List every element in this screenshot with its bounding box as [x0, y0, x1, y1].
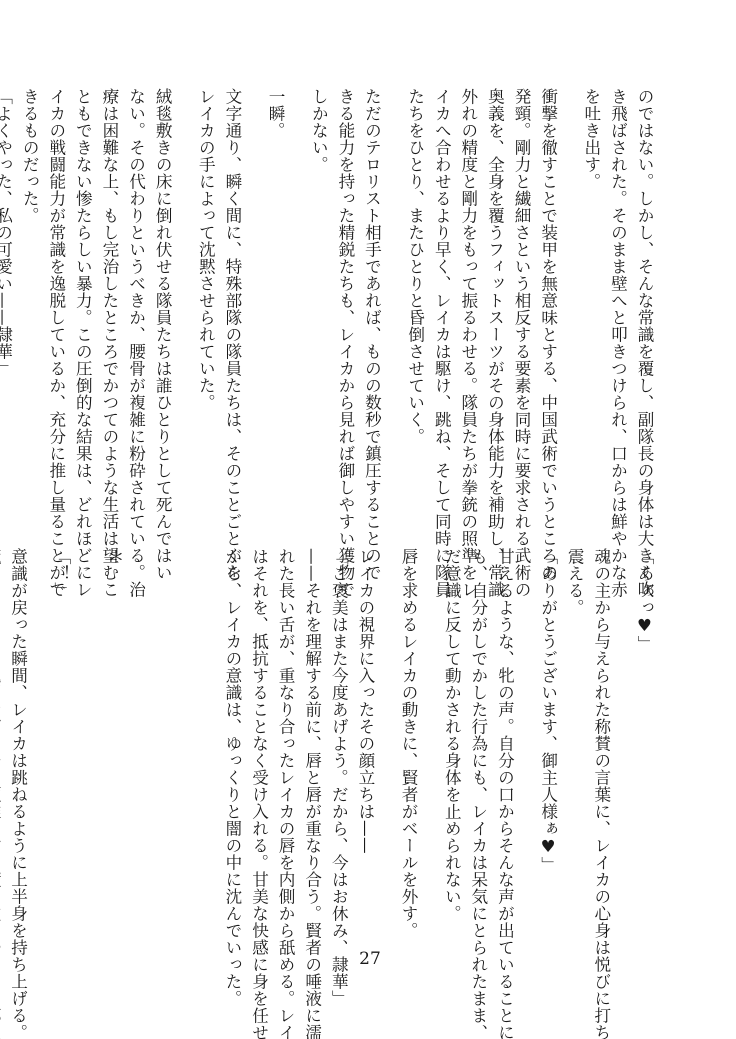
text-line: しかない。 [305, 88, 332, 488]
page-number: 27 [355, 949, 385, 969]
text-line: ない。その代わりというべきか、腰骨が複雑に粉砕されている。治 [122, 88, 149, 488]
text-line: 奥義を、全身を覆うフィットスーツがその身体能力を補助し、常識 [481, 88, 508, 488]
text-line: 「！」 [47, 548, 74, 938]
text-line: レイカの視界に入ったその顔立ちは—— [351, 548, 394, 938]
text-line: を吐き出す。 [577, 88, 604, 488]
text-line: イカの戦闘能力が常識を逸脱しているか、充分に推し量ることがで [42, 88, 69, 488]
text-line: 意識が戻った瞬間、レイカは跳ねるように上半身を持ち上げる。 [4, 548, 47, 938]
text-line: 震える。 [561, 548, 588, 938]
text-line: 慌ててあたりを見回せば、少し煩雑に物の積み重なった男の部屋 [0, 548, 4, 938]
text-line: レイカの手によって沈黙させられていた。 [192, 88, 219, 488]
text-line: 一瞬。 [262, 88, 305, 488]
text-line: 「ご褒美はまた今度あげよう。だから、今はお休み、隷華」 [325, 548, 352, 938]
text-line: 甘えるような、牝の声。自分の口からそんな声が出ていることに [491, 548, 534, 938]
text-line: 「あぁっ♥」 [630, 548, 657, 938]
text-block-bottom: 「あぁっ♥」 魂の主から与えられた称賛の言葉に、レイカの心身は悦びに打ち 震える… [0, 548, 657, 938]
text-line: たちをひとり、またひとりと昏倒させていく。 [401, 88, 428, 488]
text-line: 発頸。剛力と繊細さという相反する要素を同時に要求される武術の [507, 88, 534, 488]
text-line: のではない。しかし、そんな常識を覆し、副隊長の身体は大きく吹 [630, 88, 657, 488]
text-line: 文字通り、瞬く間に、特殊部隊の隊員たちは、そのことごとくを [218, 88, 261, 488]
text-line: ただのテロリスト相手であれば、ものの数秒で鎮圧することので [358, 88, 401, 488]
blank-line: ​ [192, 548, 219, 938]
scene-break-asterisk: ＊ [100, 548, 191, 938]
text-block-top: のではない。しかし、そんな常識を覆し、副隊長の身体は大きく吹 き飛ばされた。その… [0, 88, 657, 488]
blank-line: ​ [74, 548, 101, 938]
text-line: 外れの精度と剛力をもって振るわせる。隊員たちが拳銃の照準をレ [454, 88, 481, 488]
text-line: イカへ合わせるより早く、レイカは駆け、跳ね、そして同時に隊員 [428, 88, 455, 488]
text-line: 衝撃を徹すことで装甲を無意味とする、中国武術でいうところの [534, 88, 577, 488]
text-line: 魂の主から与えられた称賛の言葉に、レイカの心身は悦びに打ち [587, 548, 630, 938]
text-line: ともできない惨たらしい暴力。この圧倒的な結果は、どれほどにレ [69, 88, 96, 488]
text-line: だ意識に反して動かされる身体を止められない。 [438, 548, 465, 938]
text-line: き飛ばされた。そのまま壁へと叩きつけられ、口からは鮮やかな赤 [604, 88, 631, 488]
text-line: ——それを理解する前に、唇と唇が重なり合う。賢者の唾液に濡 [298, 548, 325, 938]
text-line: 絨毯敷きの床に倒れ伏せる隊員たちは誰ひとりとして死んではい [149, 88, 192, 488]
text-line: きるものだった。 [16, 88, 43, 488]
text-line: れた長い舌が、重なり合ったレイカの唇を内側から舐める。レイカ [272, 548, 299, 938]
text-line: 「よくやった、私の可愛い——隷華」 [0, 88, 16, 488]
text-line: はそれを、抵抗することなく受け入れる。甘美な快感に身を任せな [245, 548, 272, 938]
text-line: がら、レイカの意識は、ゆっくりと闇の中に沈んでいった。 [218, 548, 245, 938]
book-page: のではない。しかし、そんな常識を覆し、副隊長の身体は大きく吹 き飛ばされた。その… [0, 0, 736, 1039]
text-line: 「ありがとうございます、御主人様ぁ♥」 [534, 548, 561, 938]
text-line: 唇を求めるレイカの動きに、賢者がベールを外す。 [394, 548, 437, 938]
text-line: も、自分がしでかした行為にも、レイカは呆気にとられたまま、た [464, 548, 491, 938]
text-line: きる能力を持った精鋭たちも、レイカから見れば御しやすい獲物で [331, 88, 358, 488]
text-line: 療は困難な上、もし完治したところでかつてのような生活は望むこ [95, 88, 122, 488]
